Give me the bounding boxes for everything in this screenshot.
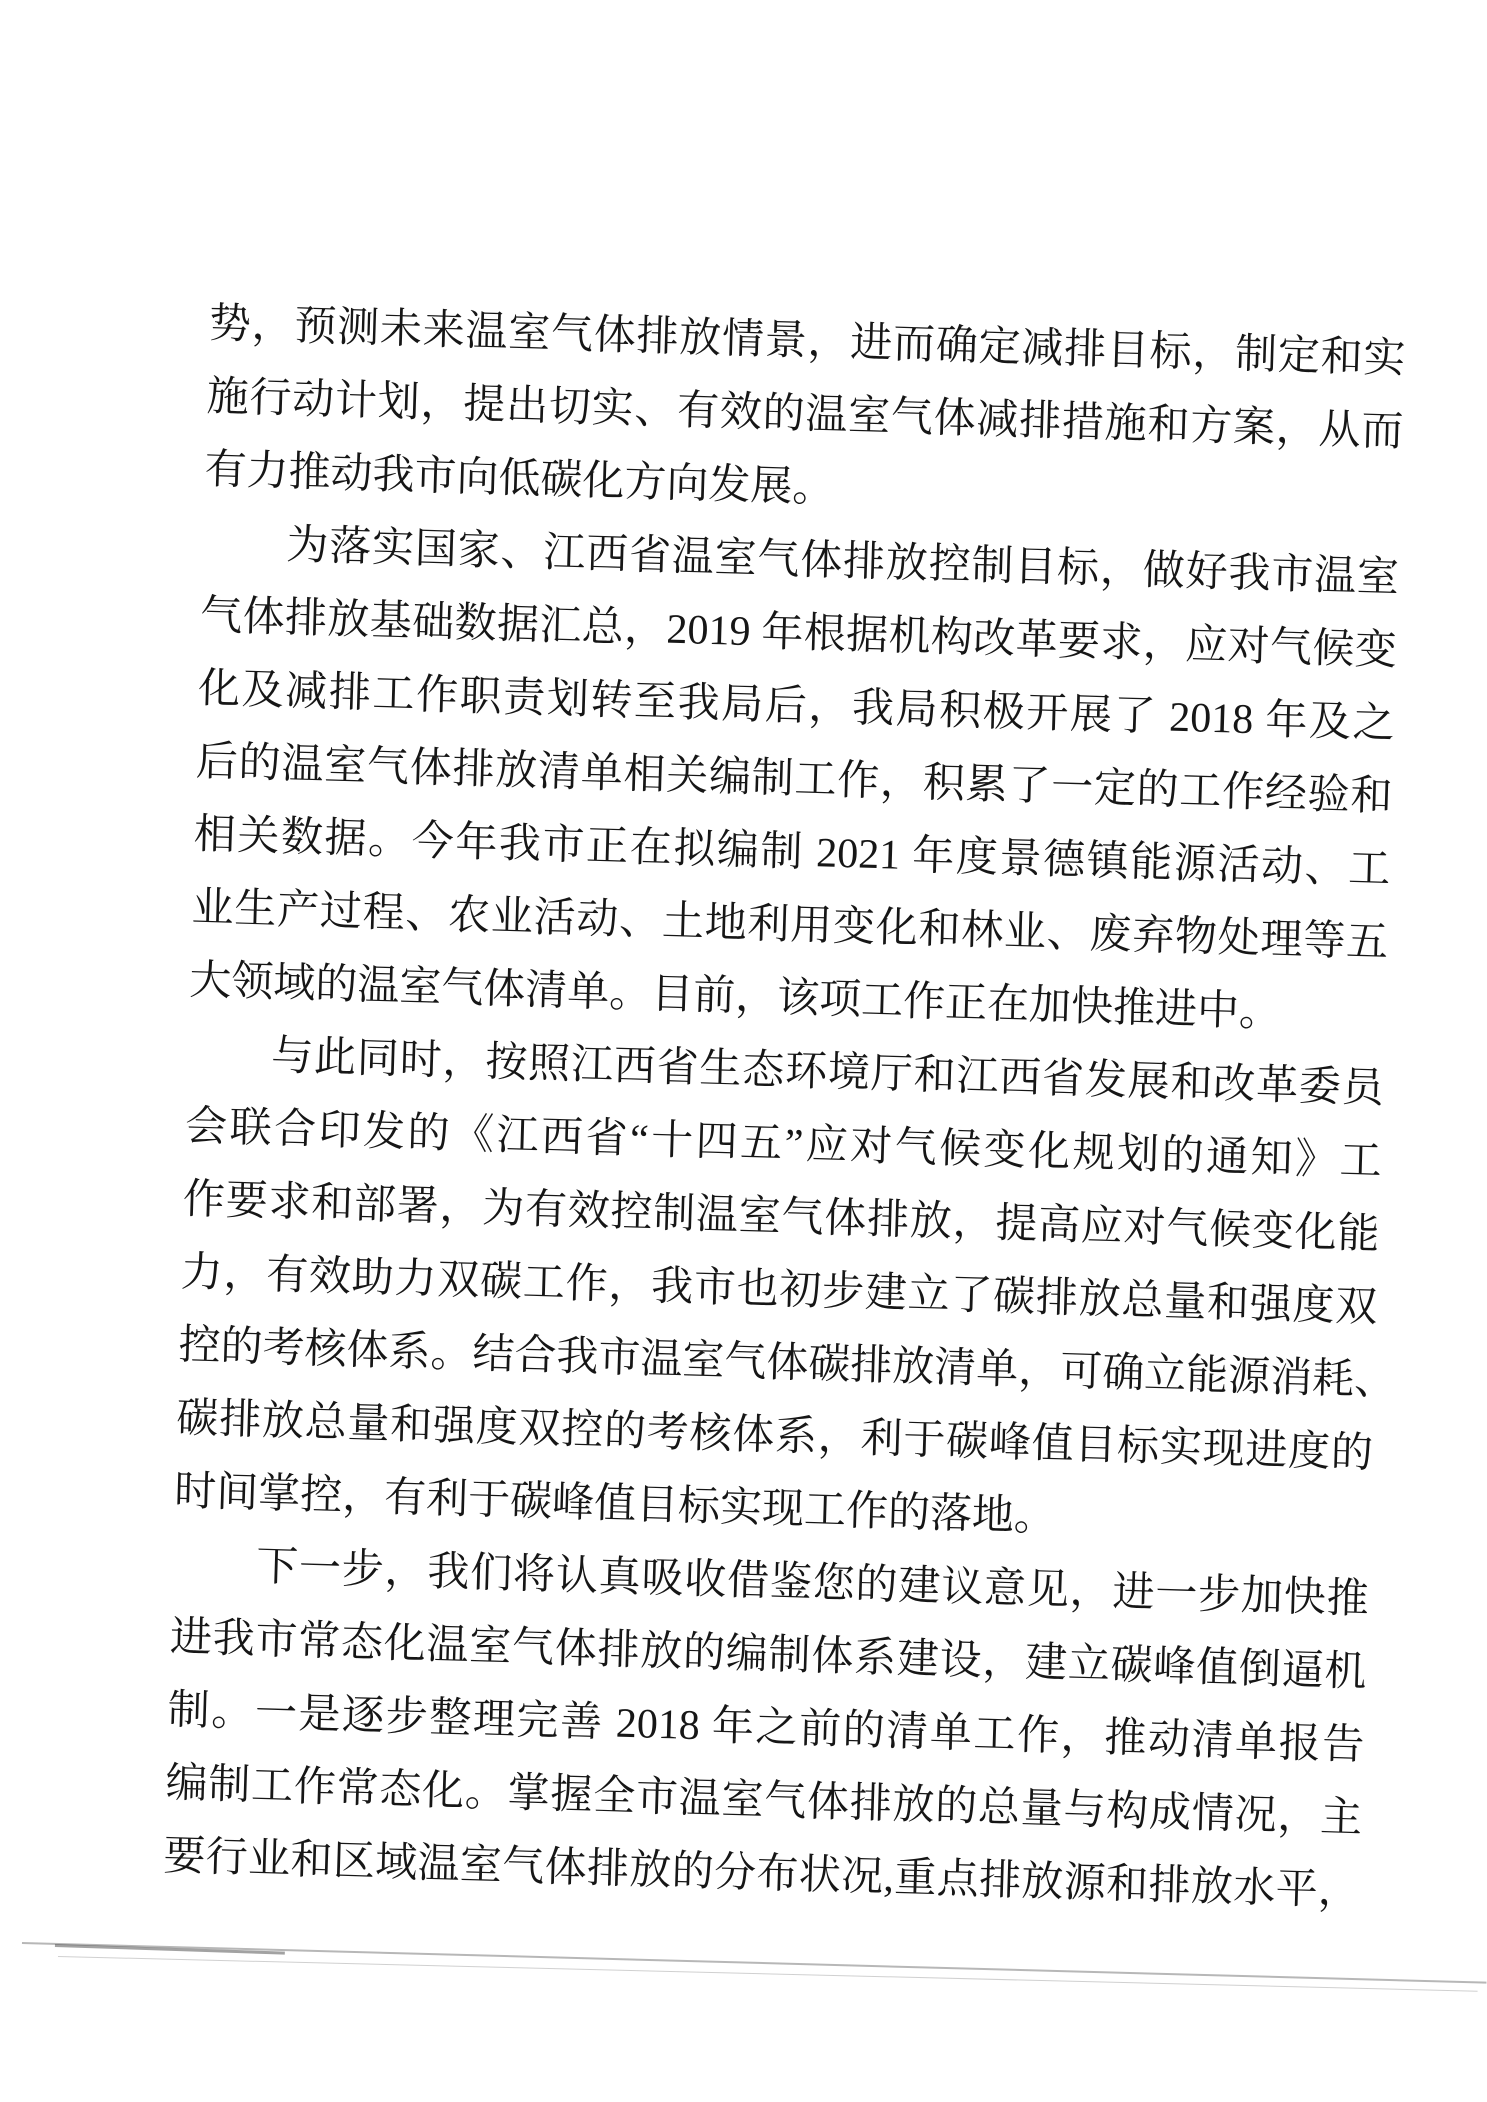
- scan-streak-artifact: [22, 1942, 1487, 1984]
- scanned-document-page: 势，预测未来温室气体排放情景，进而确定减排目标，制定和实 施行动计划，提出切实、…: [0, 0, 1487, 2102]
- scan-streak-artifact: [55, 1944, 285, 1955]
- scan-streak-artifact: [58, 1956, 1478, 1992]
- document-body: 势，预测未来温室气体排放情景，进而确定减排目标，制定和实 施行动计划，提出切实、…: [162, 288, 1406, 1929]
